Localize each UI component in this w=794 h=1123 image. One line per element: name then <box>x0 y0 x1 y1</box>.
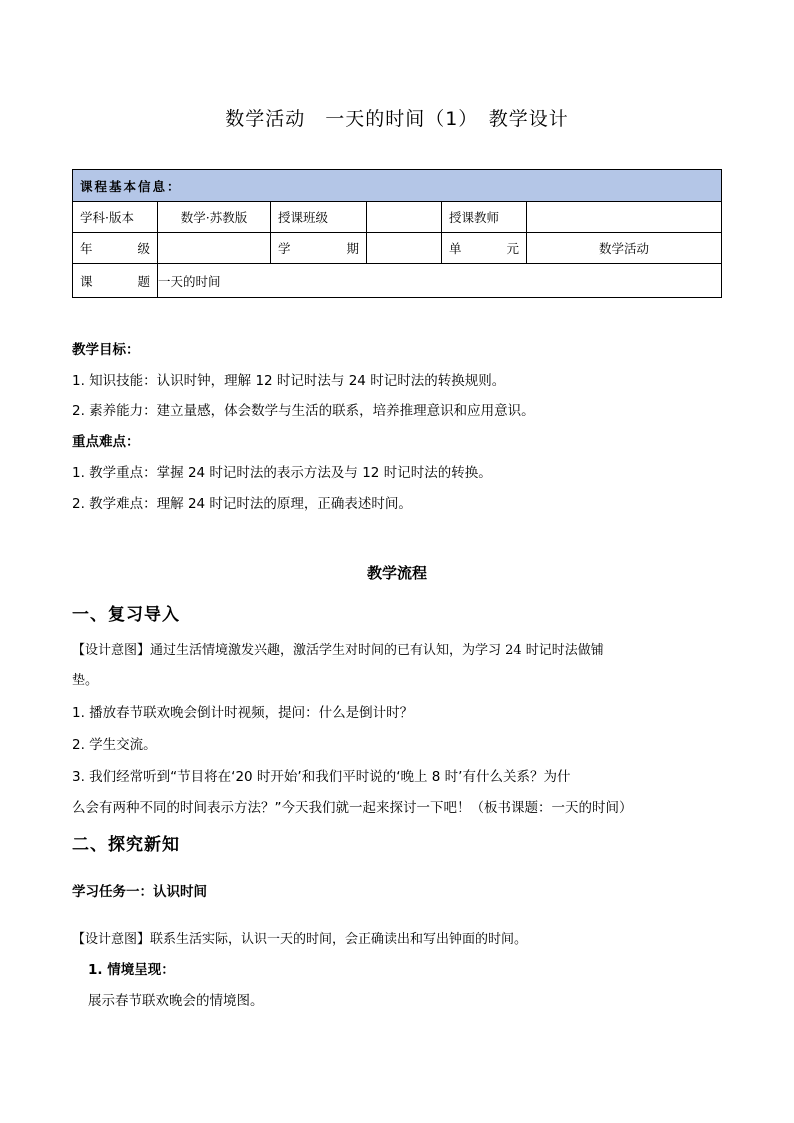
value-teacher <box>527 202 722 233</box>
section1-step3-line1: 3. 我们经常听到“节目将在‘20 时开始’和我们平时说的‘晚上 8 时’有什么… <box>72 765 570 785</box>
value-class <box>367 202 442 233</box>
label-semester-b: 期 <box>346 239 359 257</box>
label-unit-b: 元 <box>506 239 519 257</box>
table-row: 学科·版本 数学·苏教版 授课班级 授课教师 <box>73 202 722 233</box>
value-topic: 一天的时间 <box>158 264 722 298</box>
label-grade-b: 级 <box>137 239 150 257</box>
key-points-heading: 重点难点： <box>72 430 140 450</box>
label-subject-version: 学科·版本 <box>73 202 158 233</box>
label-unit: 单元 <box>442 233 527 264</box>
section1-step: 1. 播放春节联欢晚会倒计时视频，提问：什么是倒计时？ <box>72 701 413 721</box>
label-semester-a: 学 <box>278 239 291 257</box>
label-semester: 学期 <box>271 233 367 264</box>
label-teacher: 授课教师 <box>442 202 527 233</box>
label-topic: 课题 <box>73 264 158 298</box>
table-row: 年级 学期 单元 数学活动 <box>73 233 722 264</box>
course-info-table: 课程基本信息： 学科·版本 数学·苏教版 授课班级 授课教师 年级 学期 单元 … <box>72 169 722 298</box>
table-header-row: 课程基本信息： <box>73 170 722 202</box>
task1-content: 展示春节联欢晚会的情境图。 <box>88 989 264 1009</box>
key-point-item: 1. 教学重点：掌握 24 时记时法的表示方法及与 12 时记时法的转换。 <box>72 461 492 481</box>
section1-step: 2. 学生交流。 <box>72 733 157 753</box>
document-title: 数学活动 一天的时间（1） 教学设计 <box>0 104 794 131</box>
value-semester <box>367 233 442 264</box>
label-grade-a: 年 <box>80 239 93 257</box>
value-subject-version: 数学·苏教版 <box>158 202 271 233</box>
section1-heading: 一、复习导入 <box>72 600 180 625</box>
objectives-heading: 教学目标： <box>72 338 140 358</box>
value-grade <box>158 233 271 264</box>
task1-subheading: 1. 情境呈现： <box>88 958 175 978</box>
label-topic-b: 题 <box>137 272 150 290</box>
process-heading: 教学流程 <box>0 562 794 583</box>
key-point-item: 2. 教学难点：理解 24 时记时法的原理，正确表述时间。 <box>72 492 412 512</box>
label-grade: 年级 <box>73 233 158 264</box>
value-unit: 数学活动 <box>527 233 722 264</box>
section1-intent-line2: 垫。 <box>72 669 98 688</box>
table-row: 课题 一天的时间 <box>73 264 722 298</box>
section2-heading: 二、探究新知 <box>72 830 180 855</box>
task1-intent: 【设计意图】联系生活实际，认识一天的时间，会正确读出和写出钟面的时间。 <box>72 928 527 947</box>
objective-item: 1. 知识技能：认识时钟，理解 12 时记时法与 24 时记时法的转换规则。 <box>72 369 505 389</box>
label-topic-a: 课 <box>80 272 93 290</box>
label-class: 授课班级 <box>271 202 367 233</box>
label-unit-a: 单 <box>449 239 462 257</box>
objective-item: 2. 素养能力：建立量感，体会数学与生活的联系，培养推理意识和应用意识。 <box>72 399 535 419</box>
task1-heading: 学习任务一：认识时间 <box>72 880 207 900</box>
section1-step3-line2: 么会有两种不同的时间表示方法？”今天我们就一起来探讨一下吧！（板书课题：一天的时… <box>72 796 633 816</box>
table-header: 课程基本信息： <box>73 170 722 202</box>
section1-intent-line1: 【设计意图】通过生活情境激发兴趣，激活学生对时间的已有认知，为学习 24 时记时… <box>72 639 604 658</box>
